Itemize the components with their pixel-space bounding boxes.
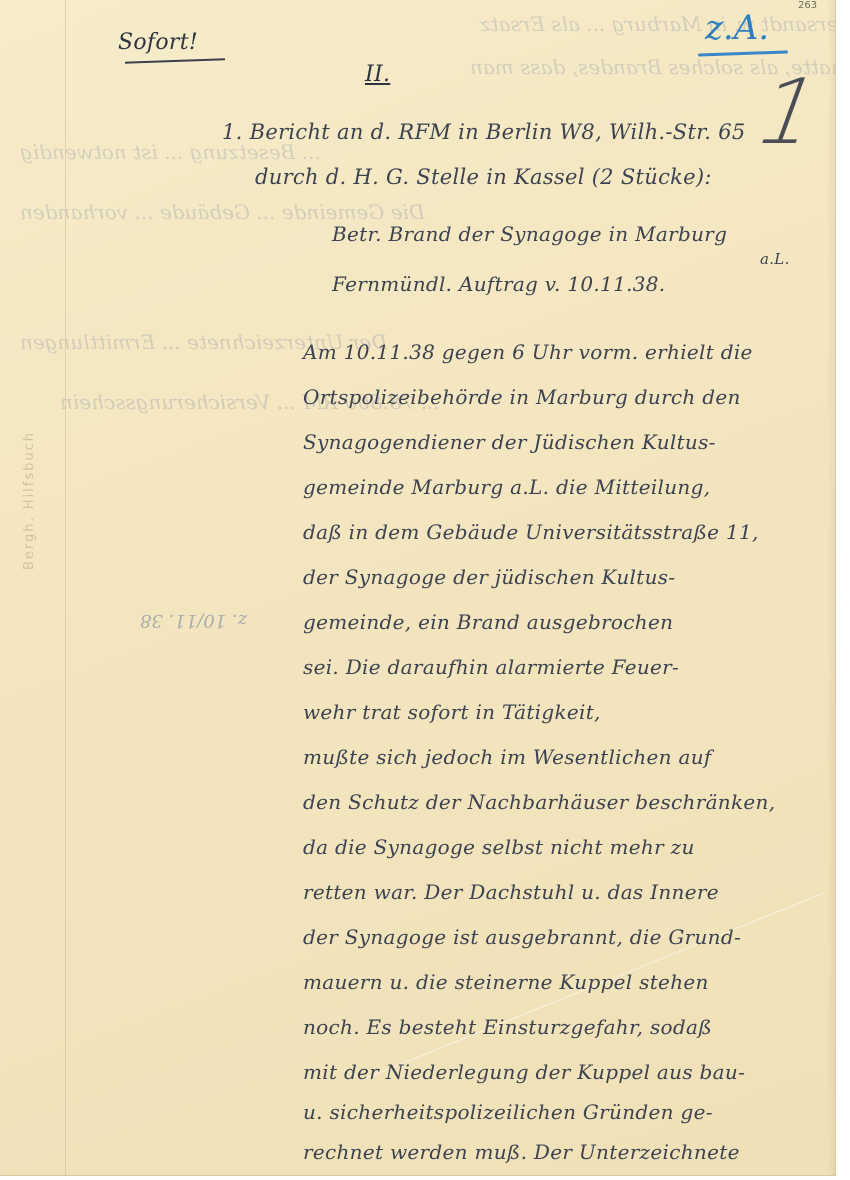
body-line: gemeinde Marburg a.L. die Mitteilung,: [303, 475, 710, 499]
paper-fold-line: [65, 0, 66, 1175]
body-line: wehr trat sofort in Tätigkeit,: [303, 700, 601, 724]
body-line: den Schutz der Nachbarhäuser beschränken…: [303, 790, 775, 814]
body-line: der Synagoge der jüdischen Kultus-: [303, 565, 675, 589]
subject-line: Betr. Brand der Synagoge in Marburg: [332, 222, 727, 246]
body-line: sei. Die daraufhin alarmierte Feuer-: [303, 655, 679, 679]
archive-page-number: 263: [798, 0, 817, 11]
body-line: daß in dem Gebäude Universitätsstraße 11…: [303, 520, 759, 544]
bleed-through-text: übersandt w. in Marburg ... als Ersatz: [480, 12, 836, 36]
margin-pencil-note: z. 10/11. 38: [140, 610, 247, 631]
body-line: mauern u. die steinerne Kuppel stehen: [303, 970, 709, 994]
address-line: 1. Bericht an d. RFM in Berlin W8, Wilh.…: [222, 120, 746, 144]
urgency-underline: [125, 58, 225, 63]
section-numeral: II.: [365, 62, 390, 87]
urgency-note: Sofort!: [118, 30, 198, 55]
body-line: noch. Es besteht Einsturzgefahr, sodaß: [303, 1015, 712, 1039]
body-line: Am 10.11.38 gegen 6 Uhr vorm. erhielt di…: [303, 340, 753, 364]
body-line: Synagogendiener der Jüdischen Kultus-: [303, 430, 716, 454]
body-line: Ortspolizeibehörde in Marburg durch den: [303, 385, 741, 409]
body-line: retten war. Der Dachstuhl u. das Innere: [303, 880, 719, 904]
body-line: u. sicherheitspolizeilichen Gründen ge-: [303, 1100, 713, 1124]
body-line: rechnet werden muß. Der Unterzeichnete: [303, 1140, 740, 1164]
body-line: gemeinde, ein Brand ausgebrochen: [303, 610, 673, 634]
body-line: mit der Niederlegung der Kuppel aus bau-: [303, 1060, 745, 1084]
body-line: der Synagoge ist ausgebrannt, die Grund-: [303, 925, 741, 949]
address-line: durch d. H. G. Stelle in Kassel (2 Stück…: [255, 165, 712, 189]
body-line: da die Synagoge selbst nicht mehr zu: [303, 835, 695, 859]
document-page: Bergh. Hilfsbuch übersandt w. in Marburg…: [0, 0, 836, 1176]
subject-line: Fernmündl. Auftrag v. 10.11.38.: [332, 272, 665, 296]
body-line: mußte sich jedoch im Wesentlichen auf: [303, 745, 712, 769]
bleed-through-text: Die Gemeinde ... Gebäude ... vorhanden: [20, 200, 425, 224]
margin-embossed-stamp: Bergh. Hilfsbuch: [22, 431, 37, 570]
filing-mark: z.A.: [705, 8, 769, 48]
subject-suffix: a.L.: [760, 250, 790, 268]
